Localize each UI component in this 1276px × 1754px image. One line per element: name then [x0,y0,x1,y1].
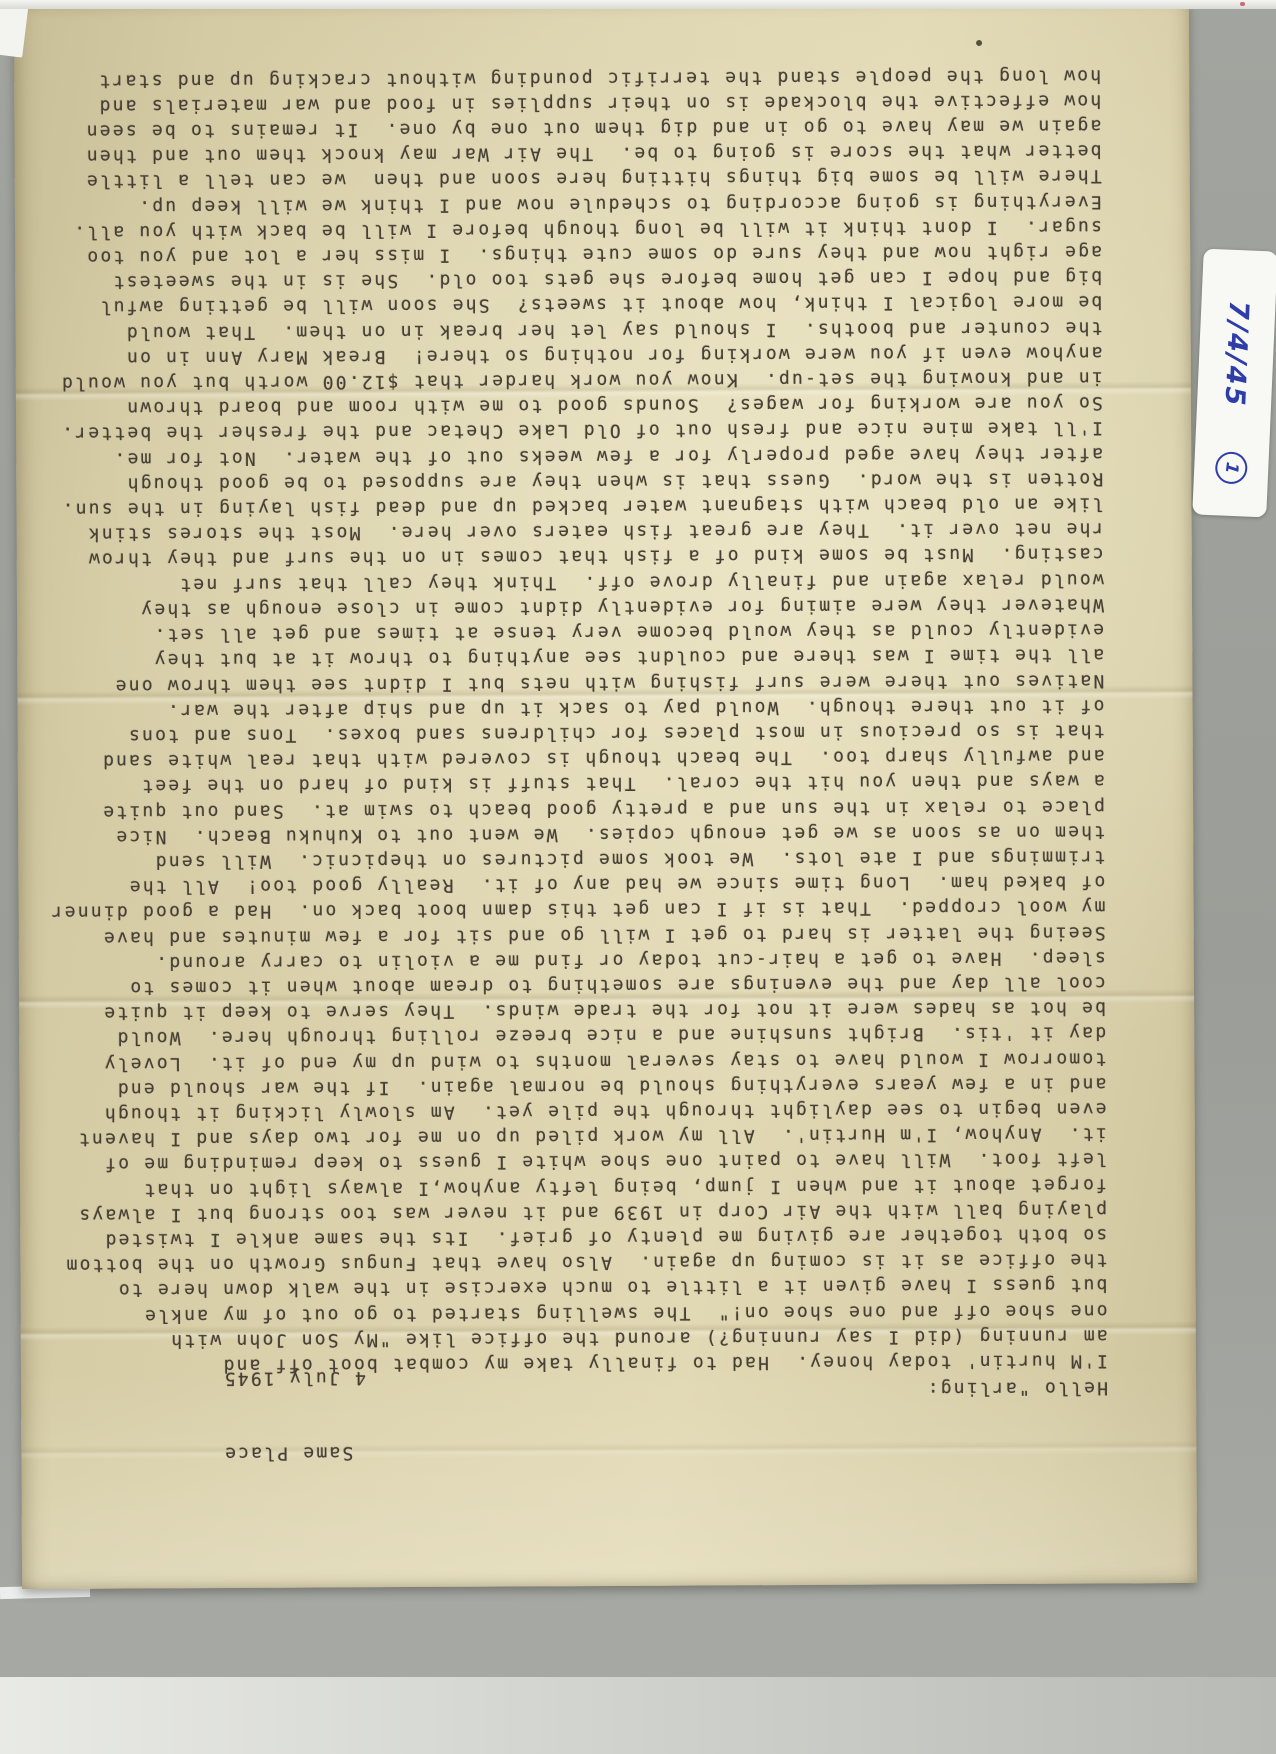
sticker-date-label: 7/4/45 [1218,300,1254,408]
scan-background: Same Place 4 July 1945 Hello "arling: I'… [0,0,1276,1754]
sticker-page-number: 1 [1213,450,1249,486]
sticker-page-number-value: 1 [1221,461,1242,475]
letter-heading-place: Same Place [223,1440,367,1466]
stray-ink-dot [976,40,982,46]
paper-sheet: Same Place 4 July 1945 Hello "arling: I'… [14,3,1197,1589]
scanner-edge-strip [0,0,1276,9]
rotated-letter-content: Same Place 4 July 1945 Hello "arling: I'… [14,3,1197,1589]
scanner-bed-lower-band [0,1677,1276,1754]
letter-greeting: Hello "arling: [926,1375,1109,1401]
scanner-edge-mark [1240,2,1245,6]
archive-sticker: 7/4/45 1 [1192,249,1276,518]
letter-body: I'M hurtin' today honey. Had to finally … [15,63,1108,1379]
